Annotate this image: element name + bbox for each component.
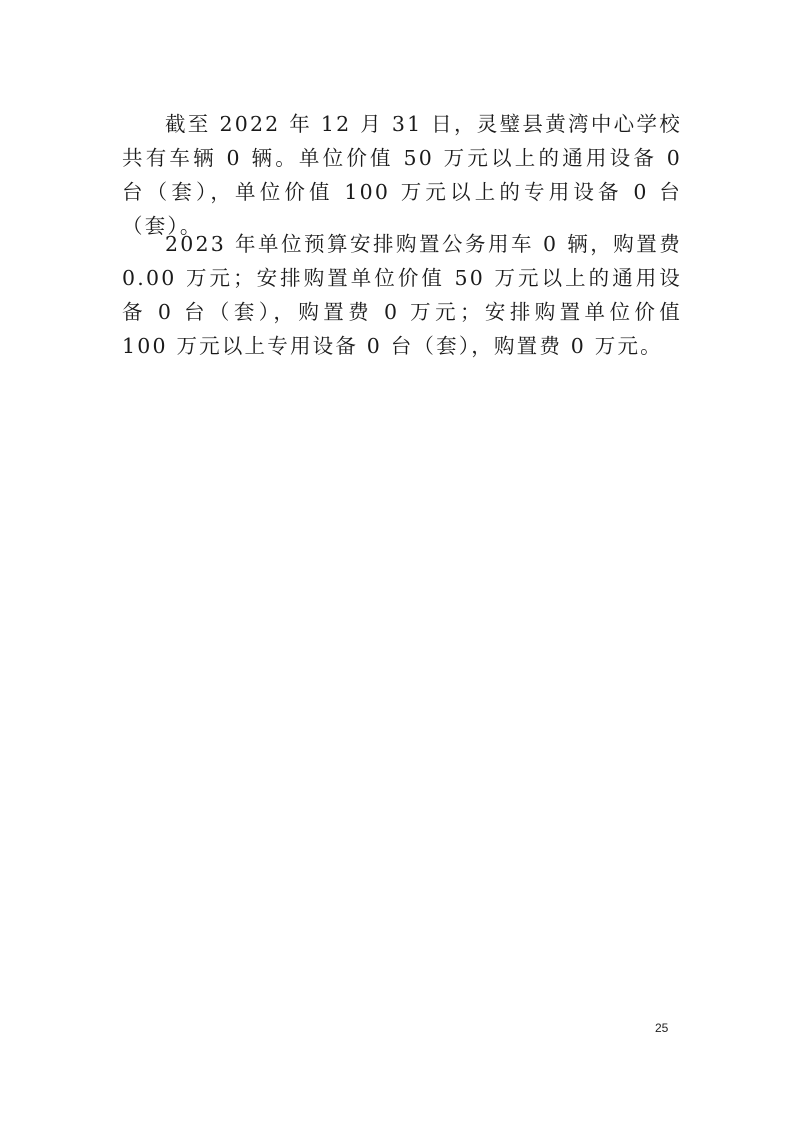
paragraph-vehicle-equipment-status: 截至 2022 年 12 月 31 日，灵璧县黄湾中心学校共有车辆 0 辆。单位… <box>122 107 682 243</box>
document-page: 截至 2022 年 12 月 31 日，灵璧县黄湾中心学校共有车辆 0 辆。单位… <box>0 0 793 1122</box>
paragraph-2023-purchase-budget: 2023 年单位预算安排购置公务用车 0 辆，购置费 0.00 万元；安排购置单… <box>122 227 682 363</box>
page-number: 25 <box>655 1021 668 1035</box>
